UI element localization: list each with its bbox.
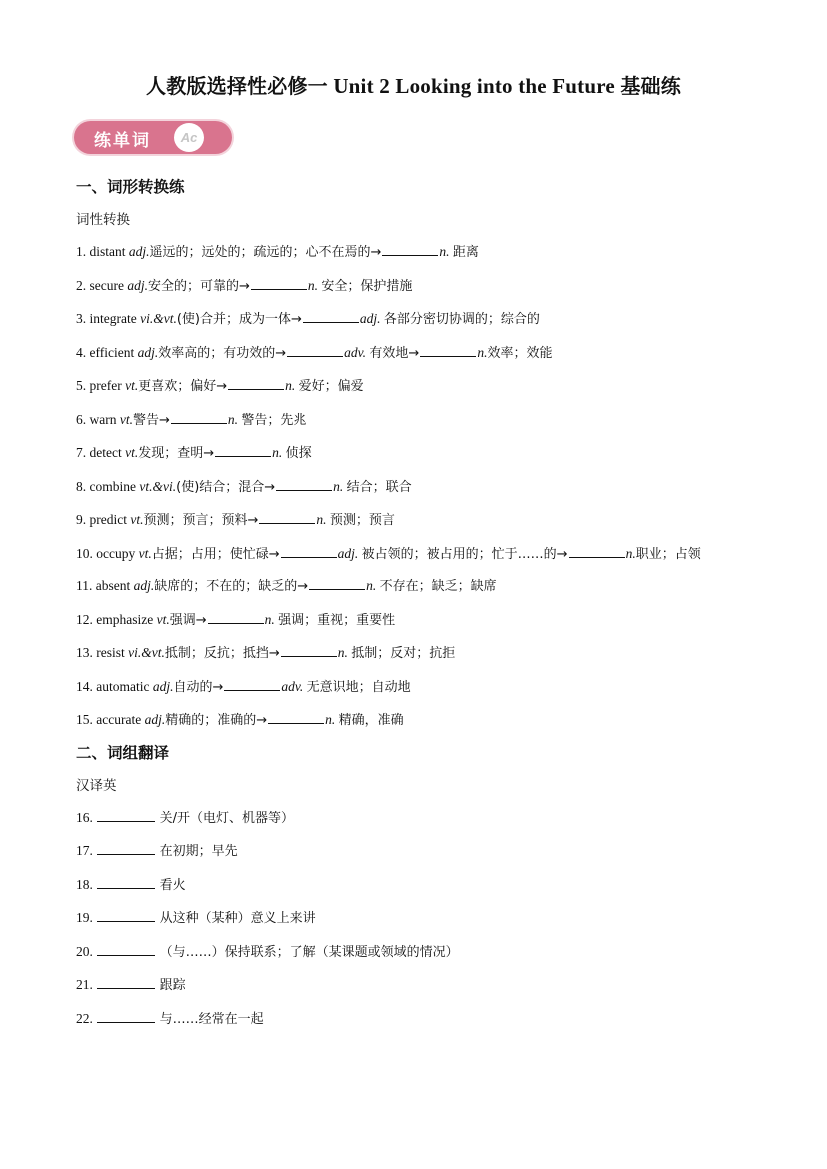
word-item: 9. predict vt.预测；预言；预料→n. 预测；预言 xyxy=(76,504,756,538)
phrase-item: 19. 从这种（某种）意义上来讲 xyxy=(76,902,756,936)
item-meaning: 自动的→ xyxy=(174,680,224,695)
answer-blank[interactable] xyxy=(303,308,359,323)
item-number: 2. xyxy=(76,278,86,293)
item-meaning: 在初期；早先 xyxy=(160,844,238,859)
item-word: resist xyxy=(96,645,125,660)
answer-blank[interactable] xyxy=(97,907,155,922)
item-pos: vt. xyxy=(125,445,138,460)
item-pos2: n. xyxy=(285,378,295,393)
item-word: secure xyxy=(90,278,124,293)
section2-subheading: 汉译英 xyxy=(76,770,756,802)
answer-blank[interactable] xyxy=(382,241,438,256)
answer-blank[interactable] xyxy=(259,509,315,524)
title-en: Unit 2 Looking into the Future xyxy=(333,74,615,98)
item-meaning: 安全的；可靠的→ xyxy=(148,279,250,294)
document-title: 人教版选择性必修一 Unit 2 Looking into the Future… xyxy=(0,70,827,99)
phrase-item: 16. 关/开（电灯、机器等） xyxy=(76,802,756,836)
item-word: efficient xyxy=(90,345,135,360)
word-item: 10. occupy vt.占据；占用；使忙碌→adj. 被占领的；被占用的；忙… xyxy=(76,538,756,571)
item-number: 18. xyxy=(76,877,93,892)
item-pos2: n. xyxy=(308,278,318,293)
item-number: 21. xyxy=(76,977,93,992)
worksheet-content: 一、词形转换练 词性转换 1. distant adj.遥远的；远处的；疏远的；… xyxy=(76,172,756,1036)
item-pos: adj. xyxy=(153,679,174,694)
item-number: 8. xyxy=(76,479,86,494)
item-number: 6. xyxy=(76,412,86,427)
item-meaning2: 各部分密切协调的；综合的 xyxy=(384,312,540,327)
item-meaning2: 安全；保护措施 xyxy=(321,279,412,294)
item-pos: vt. xyxy=(120,412,133,427)
item-word: distant xyxy=(90,244,126,259)
item-meaning: (使)合并；成为一体→ xyxy=(177,312,302,327)
answer-blank[interactable] xyxy=(276,476,332,491)
item-pos: vi.&vt. xyxy=(140,311,177,326)
word-item: 7. detect vt.发现；查明→n. 侦探 xyxy=(76,437,756,471)
title-cn-suffix: 基础练 xyxy=(620,74,681,98)
item-number: 13. xyxy=(76,645,93,660)
item-pos: adj. xyxy=(134,578,155,593)
item-meaning2: 无意识地；自动地 xyxy=(307,680,411,695)
item-pos2: adv. xyxy=(344,345,366,360)
item-number: 22. xyxy=(76,1011,93,1026)
item-pos2: n. xyxy=(333,479,343,494)
word-item: 13. resist vi.&vt.抵制；反抗；抵挡→n. 抵制；反对；抗拒 xyxy=(76,637,756,671)
answer-blank[interactable] xyxy=(420,342,476,357)
item-meaning: 缺席的；不在的；缺乏的→ xyxy=(154,579,308,594)
item-meaning: 强调→ xyxy=(170,613,207,628)
item-pos: vt. xyxy=(130,512,143,527)
practice-words-badge: 练单词 Ac xyxy=(74,121,232,154)
item-meaning: 抵制；反抗；抵挡→ xyxy=(165,646,280,661)
item-word: emphasize xyxy=(96,612,153,627)
item-pos: adj. xyxy=(138,345,159,360)
answer-blank[interactable] xyxy=(171,409,227,424)
item-pos2: n. xyxy=(228,412,238,427)
word-item: 3. integrate vi.&vt.(使)合并；成为一体→adj. 各部分密… xyxy=(76,303,756,337)
phrase-item: 20. （与……）保持联系；了解（某课题或领域的情况） xyxy=(76,936,756,970)
phrase-item: 22. 与……经常在一起 xyxy=(76,1003,756,1037)
phrase-translation-list: 16. 关/开（电灯、机器等）17. 在初期；早先18. 看火19. 从这种（某… xyxy=(76,802,756,1037)
item-meaning2: 强调；重视；重要性 xyxy=(278,613,395,628)
item-meaning2: 警告；先兆 xyxy=(241,413,306,428)
item-pos: vi.&vt. xyxy=(128,645,165,660)
word-item: 4. efficient adj.效率高的；有功效的→adv. 有效地→n.效率… xyxy=(76,337,756,371)
item-meaning3: 职业；占领 xyxy=(636,547,701,562)
item-meaning: 预测；预言；预料→ xyxy=(143,513,258,528)
word-item: 12. emphasize vt.强调→n. 强调；重视；重要性 xyxy=(76,604,756,638)
item-pos2: n. xyxy=(338,645,348,660)
item-pos2: n. xyxy=(316,512,326,527)
item-word: absent xyxy=(96,578,131,593)
item-number: 20. xyxy=(76,944,93,959)
section1-heading: 一、词形转换练 xyxy=(76,172,756,204)
answer-blank[interactable] xyxy=(215,442,271,457)
item-meaning: 效率高的；有功效的→ xyxy=(158,346,286,361)
title-cn-prefix: 人教版选择性必修一 xyxy=(146,74,328,98)
answer-blank[interactable] xyxy=(268,709,324,724)
item-meaning2: 被占领的；被占用的；忙于……的→ xyxy=(362,547,568,562)
answer-blank[interactable] xyxy=(97,1008,155,1023)
item-number: 5. xyxy=(76,378,86,393)
item-meaning2: 有效地→ xyxy=(369,346,419,361)
item-pos: vt. xyxy=(125,378,138,393)
item-pos: adj. xyxy=(129,244,150,259)
answer-blank[interactable] xyxy=(208,609,264,624)
badge-label: 练单词 xyxy=(94,126,151,151)
item-pos2: n. xyxy=(366,578,376,593)
item-meaning: 精确的；准确的→ xyxy=(165,713,267,728)
word-conversion-list: 1. distant adj.遥远的；远处的；疏远的；心不在焉的→n. 距离2.… xyxy=(76,236,756,738)
word-item: 6. warn vt.警告→n. 警告；先兆 xyxy=(76,404,756,438)
item-word: occupy xyxy=(96,546,135,561)
item-number: 15. xyxy=(76,712,93,727)
phrase-item: 18. 看火 xyxy=(76,869,756,903)
item-word: combine xyxy=(90,479,137,494)
answer-blank[interactable] xyxy=(97,807,155,822)
item-number: 3. xyxy=(76,311,86,326)
item-number: 11. xyxy=(76,578,92,593)
item-pos2: adj. xyxy=(338,546,359,561)
item-pos3: n. xyxy=(477,345,487,360)
section1-subheading: 词性转换 xyxy=(76,204,756,236)
answer-blank[interactable] xyxy=(287,342,343,357)
item-pos2: n. xyxy=(272,445,282,460)
item-pos: vt.&vi. xyxy=(139,479,176,494)
item-meaning: 占据；占用；使忙碌→ xyxy=(152,547,280,562)
item-meaning: （与……）保持联系；了解（某课题或领域的情况） xyxy=(160,945,459,960)
item-meaning2: 精确，准确 xyxy=(339,713,404,728)
item-meaning: (使)结合；混合→ xyxy=(176,480,275,495)
item-meaning2: 预测；预言 xyxy=(330,513,395,528)
item-pos3: n. xyxy=(626,546,636,561)
word-item: 14. automatic adj.自动的→adv. 无意识地；自动地 xyxy=(76,671,756,705)
item-meaning2: 距离 xyxy=(453,245,479,260)
word-item: 5. prefer vt.更喜欢；偏好→n. 爱好；偏爱 xyxy=(76,370,756,404)
item-pos: adj. xyxy=(127,278,148,293)
item-meaning2: 结合；联合 xyxy=(347,480,412,495)
item-number: 14. xyxy=(76,679,93,694)
item-meaning: 警告→ xyxy=(133,413,170,428)
item-meaning: 关/开（电灯、机器等） xyxy=(160,811,294,826)
item-number: 17. xyxy=(76,843,93,858)
word-item: 15. accurate adj.精确的；准确的→n. 精确，准确 xyxy=(76,704,756,738)
phrase-item: 21. 跟踪 xyxy=(76,969,756,1003)
item-meaning: 看火 xyxy=(160,878,186,893)
answer-blank[interactable] xyxy=(97,874,155,889)
item-word: warn xyxy=(90,412,117,427)
item-meaning: 发现；查明→ xyxy=(138,446,214,461)
word-item: 8. combine vt.&vi.(使)结合；混合→n. 结合；联合 xyxy=(76,471,756,505)
word-item: 1. distant adj.遥远的；远处的；疏远的；心不在焉的→n. 距离 xyxy=(76,236,756,270)
item-word: detect xyxy=(90,445,122,460)
answer-blank[interactable] xyxy=(281,642,337,657)
item-number: 19. xyxy=(76,910,93,925)
item-pos: vt. xyxy=(157,612,170,627)
item-meaning: 更喜欢；偏好→ xyxy=(138,379,227,394)
answer-blank[interactable] xyxy=(309,575,365,590)
item-pos: adj. xyxy=(145,712,166,727)
phrase-item: 17. 在初期；早先 xyxy=(76,835,756,869)
item-pos2: adv. xyxy=(281,679,303,694)
item-meaning2: 抵制；反对；抗拒 xyxy=(351,646,455,661)
answer-blank[interactable] xyxy=(97,974,155,989)
item-word: predict xyxy=(90,512,127,527)
answer-blank[interactable] xyxy=(224,676,280,691)
item-meaning3: 效率；效能 xyxy=(487,346,552,361)
item-number: 7. xyxy=(76,445,86,460)
item-number: 10. xyxy=(76,546,93,561)
answer-blank[interactable] xyxy=(251,275,307,290)
item-meaning: 遥远的；远处的；疏远的；心不在焉的→ xyxy=(150,245,382,260)
answer-blank[interactable] xyxy=(569,543,625,558)
item-word: automatic xyxy=(96,679,149,694)
item-pos: vt. xyxy=(139,546,152,561)
word-item: 2. secure adj.安全的；可靠的→n. 安全；保护措施 xyxy=(76,270,756,304)
item-number: 1. xyxy=(76,244,86,259)
answer-blank[interactable] xyxy=(281,543,337,558)
answer-blank[interactable] xyxy=(97,941,155,956)
item-number: 16. xyxy=(76,810,93,825)
item-meaning2: 侦探 xyxy=(286,446,312,461)
item-meaning: 与……经常在一起 xyxy=(160,1012,264,1027)
section2-heading: 二、词组翻译 xyxy=(76,738,756,770)
item-word: prefer xyxy=(90,378,122,393)
item-number: 4. xyxy=(76,345,86,360)
word-item: 11. absent adj.缺席的；不在的；缺乏的→n. 不存在；缺乏；缺席 xyxy=(76,570,756,604)
item-pos2: n. xyxy=(439,244,449,259)
item-meaning: 从这种（某种）意义上来讲 xyxy=(160,911,316,926)
item-number: 9. xyxy=(76,512,86,527)
item-pos2: n. xyxy=(325,712,335,727)
item-word: accurate xyxy=(96,712,141,727)
answer-blank[interactable] xyxy=(97,840,155,855)
item-pos2: n. xyxy=(265,612,275,627)
item-meaning: 跟踪 xyxy=(160,978,186,993)
item-word: integrate xyxy=(90,311,137,326)
alphabet-icon: Ac xyxy=(174,123,204,152)
item-meaning2: 爱好；偏爱 xyxy=(299,379,364,394)
answer-blank[interactable] xyxy=(228,375,284,390)
item-number: 12. xyxy=(76,612,93,627)
item-meaning2: 不存在；缺乏；缺席 xyxy=(380,579,497,594)
item-pos2: adj. xyxy=(360,311,381,326)
